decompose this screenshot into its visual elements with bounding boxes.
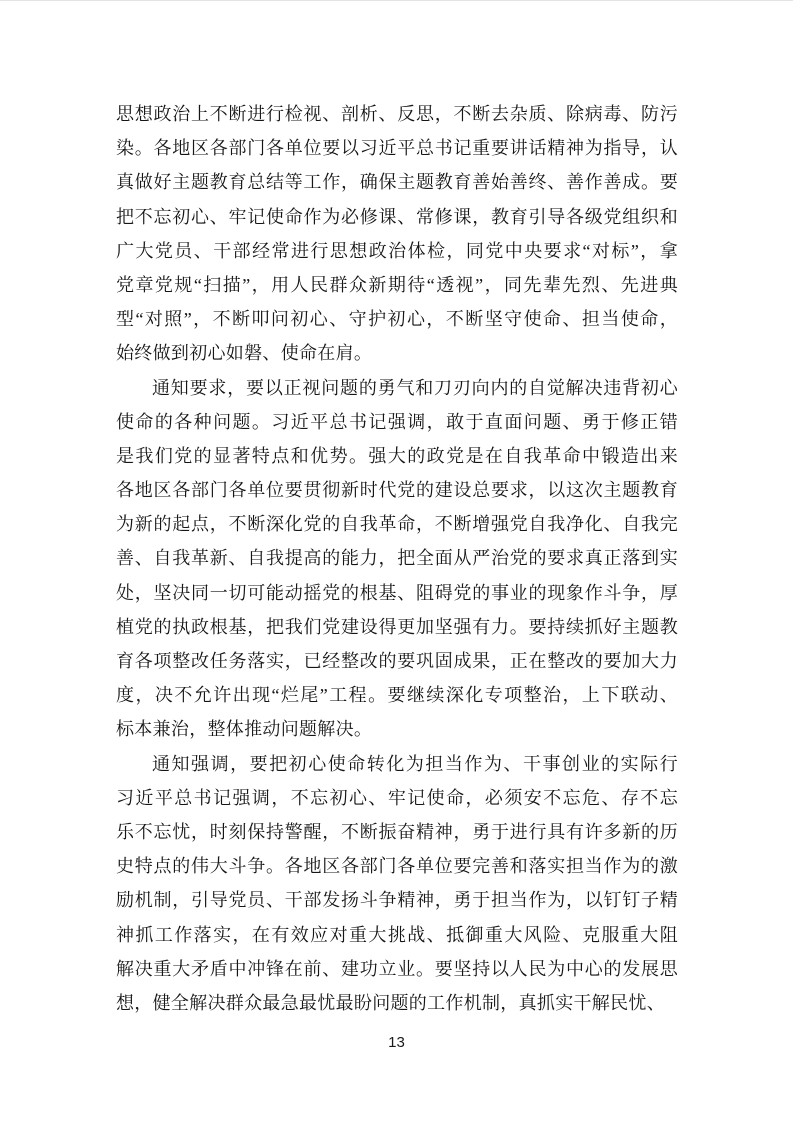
text-line: 想，健全解决群众最急最忧最盼问题的工作机制，真抓实干解民忧、 (116, 986, 678, 1020)
text-line: 型“对照”，不断叩问初心、守护初心，不断坚守使命、担当使命， (116, 302, 678, 336)
text-line: 染。各地区各部门各单位要以习近平总书记重要讲话精神为指导，认 (116, 131, 678, 165)
document-page: 思想政治上不断进行检视、剖析、反思，不断去杂质、除病毒、防污 染。各地区各部门各… (0, 0, 793, 1122)
document-body: 思想政治上不断进行检视、剖析、反思，不断去杂质、除病毒、防污 染。各地区各部门各… (116, 97, 678, 1020)
paragraph-2: 通知要求，要以正视问题的勇气和刀刃向内的自觉解决违背初心 使命的各种问题。习近平… (116, 371, 678, 747)
text-line: 广大党员、干部经常进行思想政治体检，同党中央要求“对标”，拿 (116, 234, 678, 268)
text-line: 处，坚决同一切可能动摇党的根基、阻碍党的事业的现象作斗争，厚 (116, 576, 678, 610)
paragraph-3: 通知强调，要把初心使命转化为担当作为、干事创业的实际行动。 习近平总书记强调，不… (116, 747, 678, 1021)
text-line: 植党的执政根基，把我们党建设得更加坚强有力。要持续抓好主题教 (116, 610, 678, 644)
text-line: 神抓工作落实，在有效应对重大挑战、抵御重大风险、克服重大阻力、 (116, 918, 678, 952)
text-line: 史特点的伟大斗争。各地区各部门各单位要完善和落实担当作为的激 (116, 849, 678, 883)
text-line: 党章党规“扫描”，用人民群众新期待“透视”，同先辈先烈、先进典 (116, 268, 678, 302)
text-line: 通知要求，要以正视问题的勇气和刀刃向内的自觉解决违背初心 (116, 371, 678, 405)
paragraph-1: 思想政治上不断进行检视、剖析、反思，不断去杂质、除病毒、防污 染。各地区各部门各… (116, 97, 678, 371)
text-line: 把不忘初心、牢记使命作为必修课、常修课，教育引导各级党组织和 (116, 200, 678, 234)
text-line: 各地区各部门各单位要贯彻新时代党的建设总要求，以这次主题教育 (116, 473, 678, 507)
page-footer: 13 (0, 1033, 793, 1053)
text-line: 标本兼治，整体推动问题解决。 (116, 712, 678, 746)
text-line: 是我们党的显著特点和优势。强大的政党是在自我革命中锻造出来的。 (116, 439, 678, 473)
text-line: 通知强调，要把初心使命转化为担当作为、干事创业的实际行动。 (116, 747, 678, 781)
text-line: 使命的各种问题。习近平总书记强调，敢于直面问题、勇于修正错误， (116, 405, 678, 439)
text-line: 乐不忘忧，时刻保持警醒，不断振奋精神，勇于进行具有许多新的历 (116, 815, 678, 849)
text-line: 为新的起点，不断深化党的自我革命，不断增强党自我净化、自我完 (116, 507, 678, 541)
text-line: 始终做到初心如磐、使命在肩。 (116, 336, 678, 370)
text-line: 解决重大矛盾中冲锋在前、建功立业。要坚持以人民为中心的发展思 (116, 952, 678, 986)
page-number: 13 (388, 1034, 405, 1051)
text-line: 真做好主题教育总结等工作，确保主题教育善始善终、善作善成。要 (116, 165, 678, 199)
text-line: 善、自我革新、自我提高的能力，把全面从严治党的要求真正落到实 (116, 541, 678, 575)
text-line: 思想政治上不断进行检视、剖析、反思，不断去杂质、除病毒、防污 (116, 97, 678, 131)
text-line: 励机制，引导党员、干部发扬斗争精神，勇于担当作为，以钉钉子精 (116, 883, 678, 917)
text-line: 度，决不允许出现“烂尾”工程。要继续深化专项整治，上下联动、 (116, 678, 678, 712)
text-line: 习近平总书记强调，不忘初心、牢记使命，必须安不忘危、存不忘亡、 (116, 781, 678, 815)
text-line: 育各项整改任务落实，已经整改的要巩固成果，正在整改的要加大力 (116, 644, 678, 678)
